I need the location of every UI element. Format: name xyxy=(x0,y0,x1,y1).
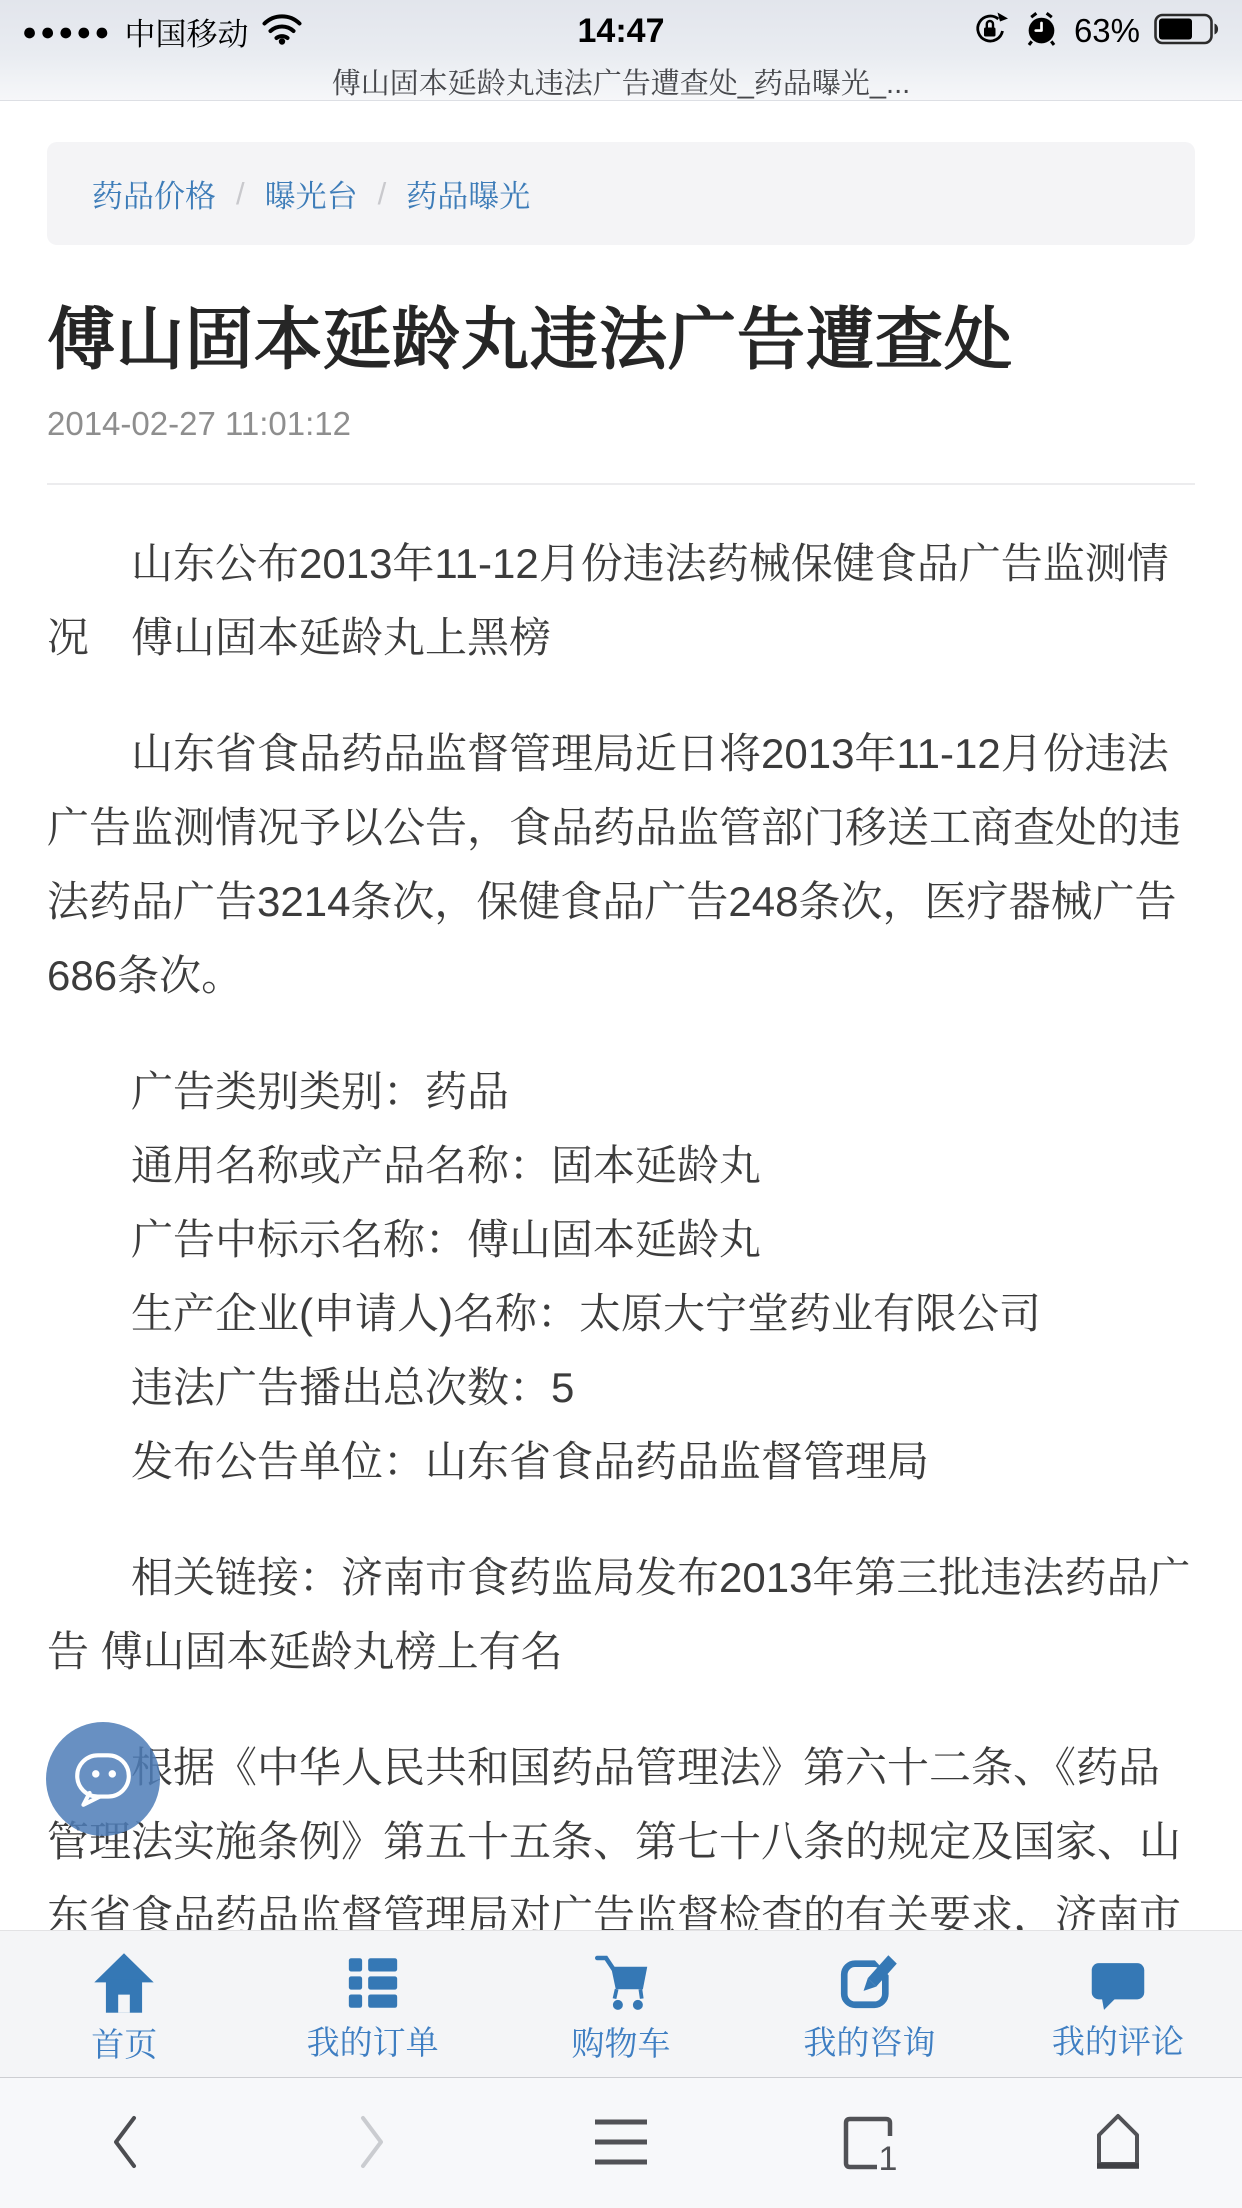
paragraph: 山东省食品药品监督管理局近日将2013年11-12月份违法广告监测情况予以公告，… xyxy=(47,717,1195,1013)
carrier-label: 中国移动 xyxy=(125,9,249,54)
menu-button[interactable] xyxy=(497,2078,745,2208)
battery-icon xyxy=(1154,13,1220,50)
back-icon xyxy=(107,2113,141,2174)
paragraph: 根据《中华人民共和国药品管理法》第六十二条、《药品管理法实施条例》第五十五条、第… xyxy=(47,1731,1195,1953)
back-button[interactable] xyxy=(0,2078,248,2208)
article-date: 2014-02-27 11:01:12 xyxy=(47,405,1195,443)
home-button[interactable] xyxy=(994,2078,1242,2208)
tab-item-comments[interactable]: 我的评论 xyxy=(994,1931,1242,2078)
alarm-icon xyxy=(1023,10,1060,52)
tabs-icon: 1 xyxy=(839,2111,899,2176)
wechat-float-button[interactable] xyxy=(46,1722,160,1836)
battery-percent-label: 63% xyxy=(1074,12,1140,50)
wechat-comment-icon xyxy=(70,1745,136,1814)
bottom-tab-bar: 首页 我的订单 购物车 xyxy=(0,1930,1242,2078)
breadcrumb-separator: / xyxy=(378,176,387,212)
breadcrumb: 药品价格 / 曝光台 / 药品曝光 xyxy=(47,142,1195,245)
compose-icon xyxy=(840,1954,898,2017)
detail-line-issuing-authority: 发布公告单位：山东省食品药品监督管理局 xyxy=(47,1425,1195,1499)
header: ●●●●● 中国移动 14:47 xyxy=(0,0,1242,101)
breadcrumb-link-drug-exposure[interactable]: 药品曝光 xyxy=(406,171,530,216)
paragraph-related-link: 相关链接：济南市食药监局发布2013年第三批违法药品广告 傅山固本延龄丸榜上有名 xyxy=(47,1541,1195,1689)
tab-label-comments: 我的评论 xyxy=(1052,2025,1184,2058)
tab-item-consult[interactable]: 我的咨询 xyxy=(745,1931,993,2078)
tab-label-cart: 购物车 xyxy=(572,2027,671,2060)
browser-title-bar: 傅山固本延龄丸违法广告遭查处_药品曝光_... xyxy=(0,62,1242,100)
forward-icon xyxy=(356,2113,390,2174)
tab-count-label: 1 xyxy=(879,2140,898,2173)
page-content: 药品价格 / 曝光台 / 药品曝光 傅山固本延龄丸违法广告遭查处 2014-02… xyxy=(0,100,1242,2208)
detail-line-generic-name: 通用名称或产品名称：固本延龄丸 xyxy=(47,1129,1195,1203)
article-body: 山东公布2013年11-12月份违法药械保健食品广告监测情况 傅山固本延龄丸上黑… xyxy=(47,527,1195,1953)
wifi-icon xyxy=(261,12,303,50)
cart-icon xyxy=(591,1953,651,2018)
rotation-lock-icon xyxy=(971,10,1009,53)
tab-label-orders: 我的订单 xyxy=(307,2026,439,2059)
breadcrumb-link-drug-price[interactable]: 药品价格 xyxy=(92,171,216,216)
signal-strength-icon: ●●●●● xyxy=(22,18,113,45)
detail-line-category: 广告类别类别：药品 xyxy=(47,1055,1195,1129)
tab-item-orders[interactable]: 我的订单 xyxy=(248,1931,496,2078)
orders-list-icon xyxy=(344,1954,402,2017)
violation-detail-list: 广告类别类别：药品 通用名称或产品名称：固本延龄丸 广告中标示名称：傅山固本延龄… xyxy=(47,1055,1195,1499)
tab-label-consult: 我的咨询 xyxy=(803,2026,935,2059)
browser-toolbar: 1 xyxy=(0,2077,1242,2208)
menu-icon xyxy=(591,2115,651,2172)
detail-line-ad-name: 广告中标示名称：傅山固本延龄丸 xyxy=(47,1203,1195,1277)
paragraph: 山东公布2013年11-12月份违法药械保健食品广告监测情况 傅山固本延龄丸上黑… xyxy=(47,527,1195,675)
browser-page-title: 傅山固本延龄丸违法广告遭查处_药品曝光_... xyxy=(332,61,910,102)
detail-line-manufacturer: 生产企业(申请人)名称：太原大宁堂药业有限公司 xyxy=(47,1277,1195,1351)
forward-button[interactable] xyxy=(248,2078,496,2208)
tab-label-home: 首页 xyxy=(91,2028,157,2061)
breadcrumb-separator: / xyxy=(236,176,245,212)
tab-item-home[interactable]: 首页 xyxy=(0,1931,248,2078)
detail-line-broadcast-count: 违法广告播出总次数：5 xyxy=(47,1351,1195,1425)
home-outline-icon xyxy=(1090,2111,1146,2176)
breadcrumb-link-exposure-platform[interactable]: 曝光台 xyxy=(265,171,358,216)
comment-bubble-icon xyxy=(1090,1955,1146,2016)
divider xyxy=(47,483,1195,485)
home-icon xyxy=(93,1952,155,2019)
article-title: 傅山固本延龄丸违法广告遭查处 xyxy=(47,301,1195,379)
tabs-button[interactable]: 1 xyxy=(745,2078,993,2208)
status-bar: ●●●●● 中国移动 14:47 xyxy=(0,0,1242,62)
tab-item-cart[interactable]: 购物车 xyxy=(497,1931,745,2078)
